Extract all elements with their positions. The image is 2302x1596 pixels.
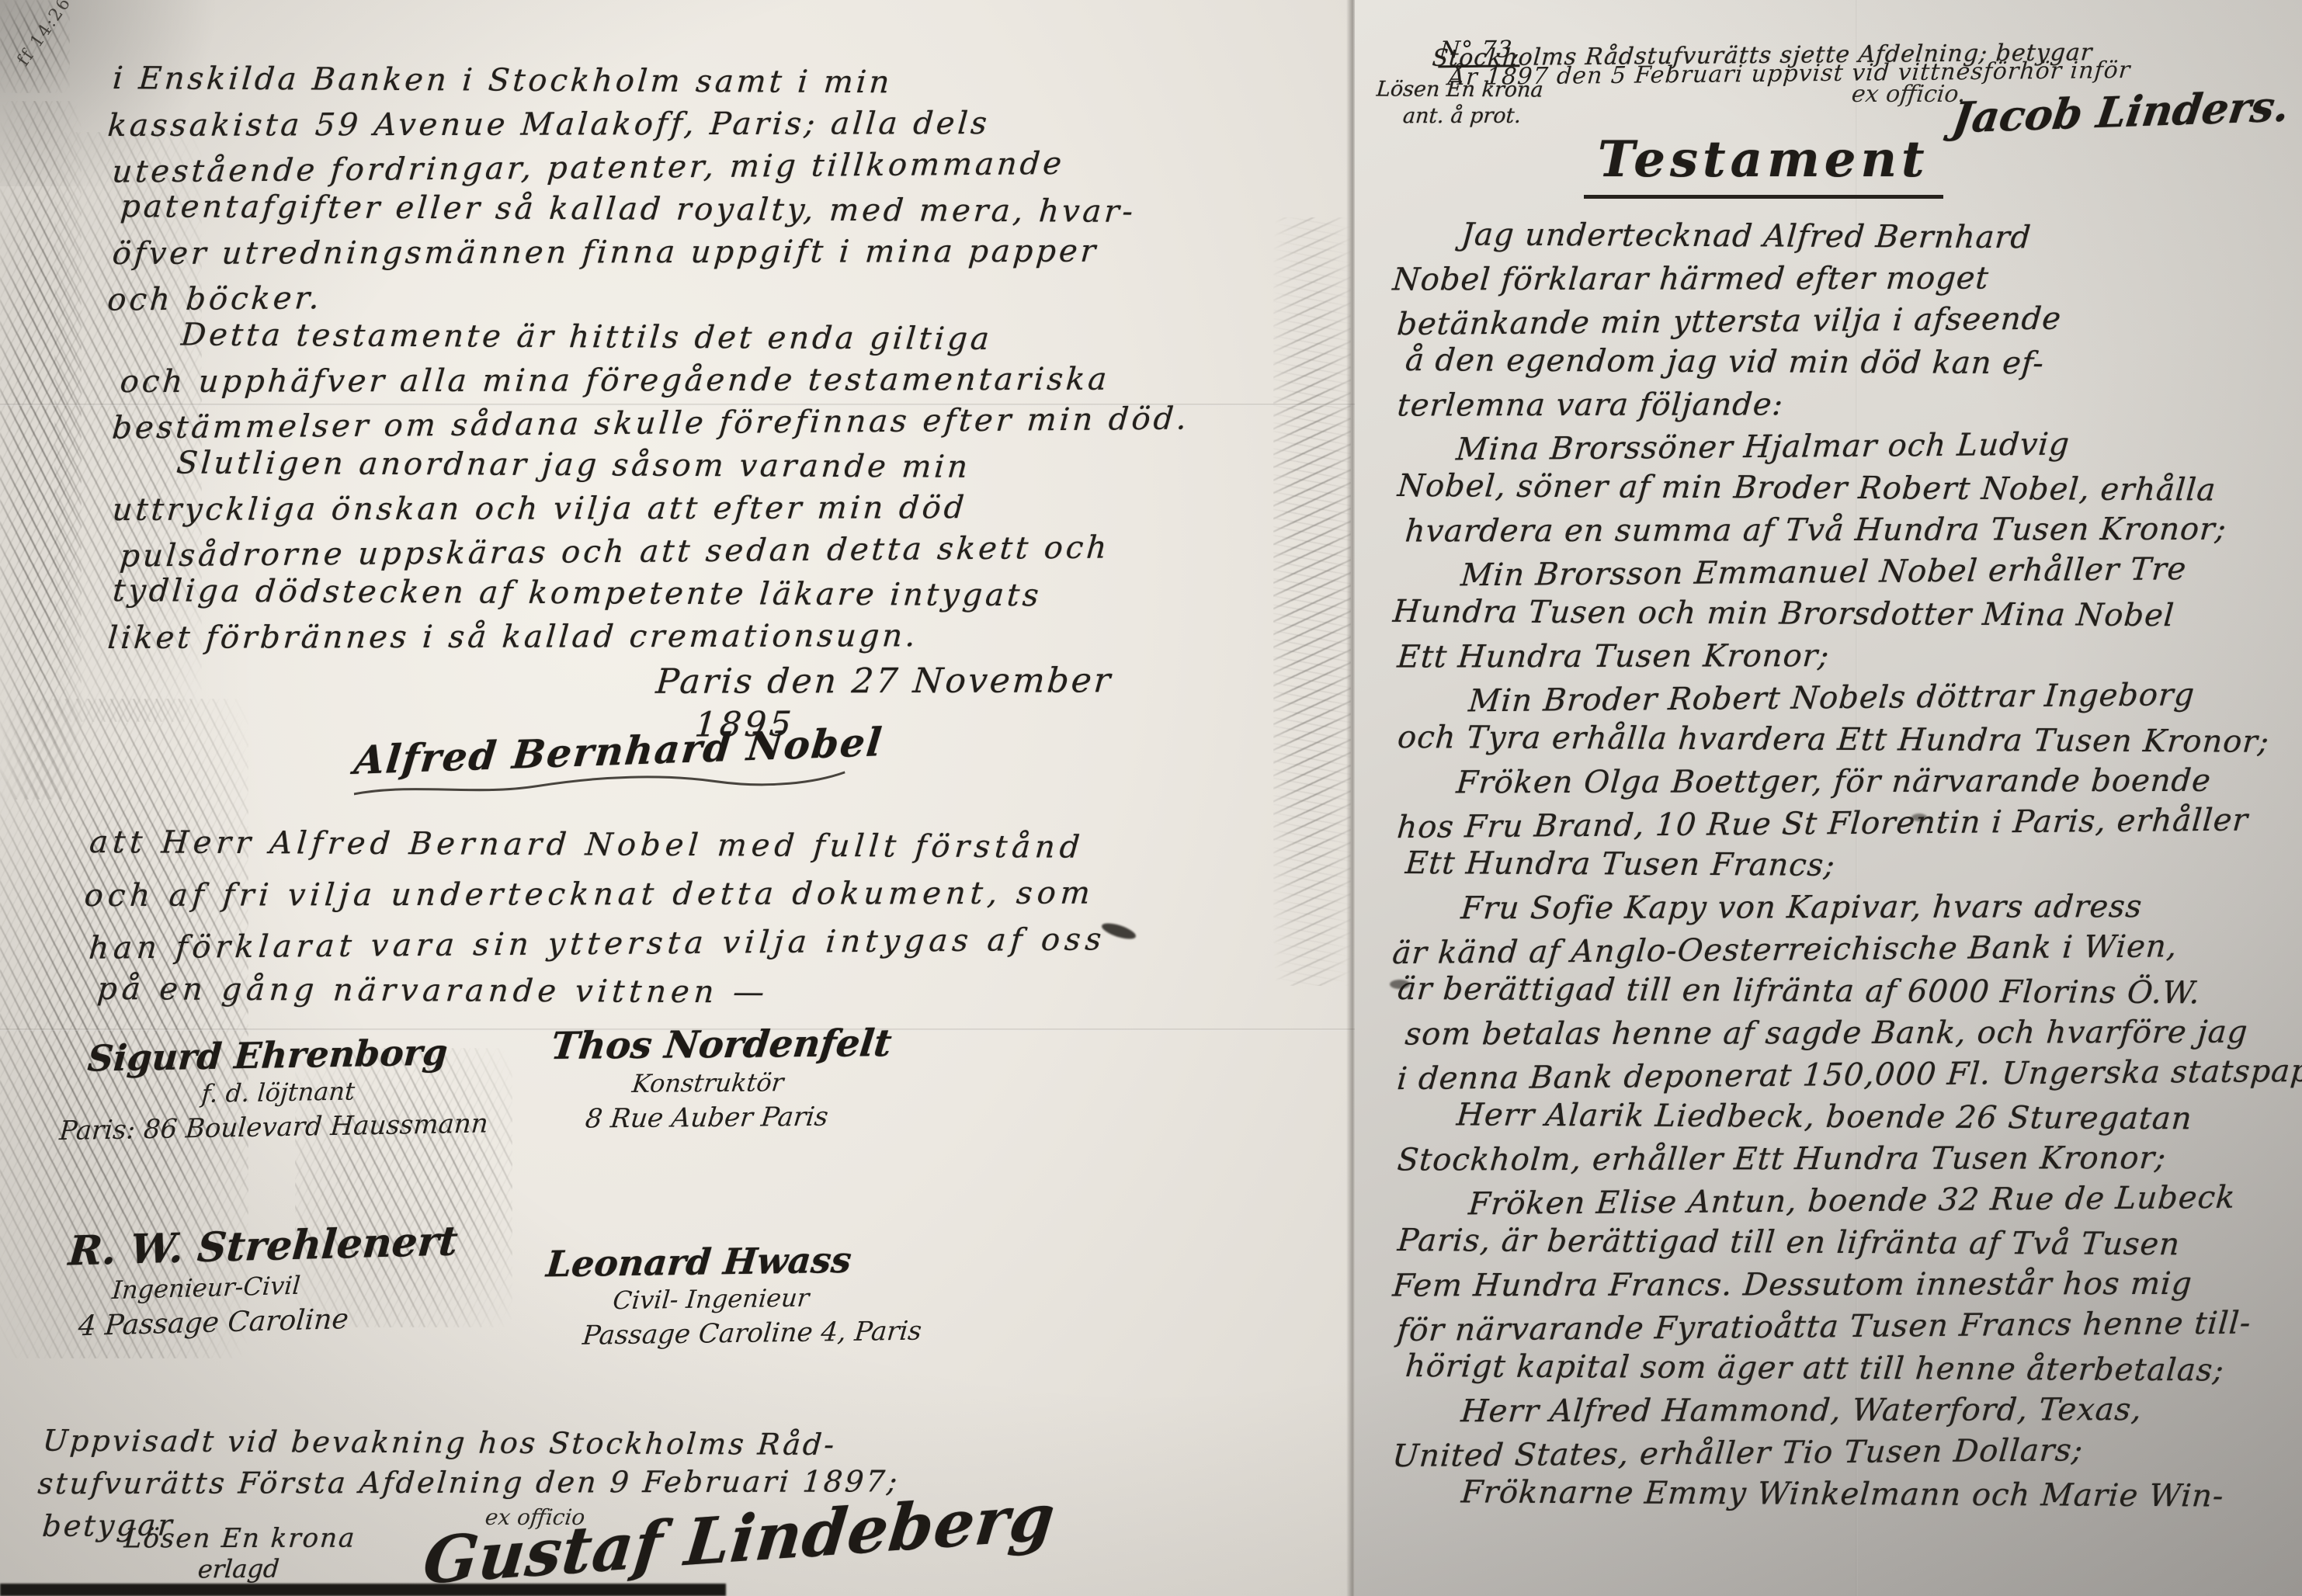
page-title: Testament xyxy=(1584,130,1943,199)
handwriting-line: Hundra Tusen och min Brorsdotter Mina No… xyxy=(1391,591,2302,637)
witness-block-ehrenborg: Sigurd Ehrenborg f. d. löjtnant Paris: 8… xyxy=(82,1030,495,1146)
handwriting-line: Fem Hundra Francs. Dessutom innestår hos… xyxy=(1391,1262,2302,1306)
witness-name: Leonard Hwass xyxy=(544,1237,929,1285)
handwriting-line: att Herr Alfred Bernard Nobel med fullt … xyxy=(88,818,1286,873)
handwriting-line: stufvurätts Första Afdelning den 9 Febru… xyxy=(36,1462,743,1504)
witness-name: Sigurd Ehrenborg xyxy=(86,1030,495,1079)
handwriting-line: liket förbrännes i så kallad cremationsu… xyxy=(106,614,1294,660)
handwriting-line: Fröknarne Emmy Winkelmann och Marie Win- xyxy=(1396,1471,2302,1518)
handwriting-line: Herr Alarik Liedbeck, boende 26 Sturegat… xyxy=(1391,1094,2302,1140)
handwriting-line: Fröken Olga Boettger, för närvarande boe… xyxy=(1391,759,2302,803)
handwriting-line: Stockholm, erhåller Ett Hundra Tusen Kro… xyxy=(1396,1136,2302,1181)
witness-address: 8 Rue Auber Paris xyxy=(584,1101,885,1134)
witness-title: Konstruktör xyxy=(630,1067,888,1098)
photo-bottom-edge xyxy=(0,1584,726,1596)
handwriting-line: terlemna vara följande: xyxy=(1396,382,2302,426)
left-page: ff 14:26 i Enskilda Banken i Stockholm s… xyxy=(0,0,1355,1596)
fee-note-line1: Lösen En krona xyxy=(1376,77,1544,102)
probate-fee-line2: erlagd xyxy=(196,1554,280,1584)
handwriting-line: Fröken Elise Antun, boende 32 Rue de Lub… xyxy=(1403,1176,2302,1226)
handwriting-line: patentafgifter eller så kallad royalty, … xyxy=(119,186,1294,234)
handwriting-line: United States, erhåller Tio Tusen Dollar… xyxy=(1391,1428,2302,1477)
left-body-text: i Enskilda Banken i Stockholm samt i min… xyxy=(113,61,1293,658)
witness-block-hwass: Leonard Hwass Civil- Ingenieur Passage C… xyxy=(539,1237,930,1351)
handwriting-line: som betalas henne af sagde Bank, och hva… xyxy=(1404,1011,2302,1055)
handwriting-line: Paris, är berättigad till en lifränta af… xyxy=(1396,1220,2302,1266)
handwriting-line: Mina Brorssöner Hjalmar och Ludvig xyxy=(1391,422,2302,471)
ink-blot-3 xyxy=(1911,814,1927,821)
handwriting-line: hörigt kapital som äger att till henne å… xyxy=(1404,1345,2302,1392)
handwriting-line: är berättigad till en lifränta af 6000 F… xyxy=(1396,968,2302,1015)
handwriting-line: för närvarande Fyratioåtta Tusen Francs … xyxy=(1395,1302,2302,1351)
handwriting-line: Herr Alfred Hammond, Waterford, Texas, xyxy=(1396,1388,2302,1432)
handwriting-line: och Tyra erhålla hvardera Ett Hundra Tus… xyxy=(1396,716,2302,763)
handwriting-line: Detta testamente är hittils det enda gil… xyxy=(111,314,1294,363)
right-page: N° 73, År 1897 den 5 Februari uppvist vi… xyxy=(1355,0,2302,1596)
witness-title: Civil- Ingenieur xyxy=(612,1282,926,1316)
handwriting-line: Nobel förklarar härmed efter moget xyxy=(1391,256,2302,300)
handwriting-line: är känd af Anglo-Oesterreichische Bank i… xyxy=(1391,925,2302,974)
handwriting-line: Nobel, söner af min Broder Robert Nobel,… xyxy=(1396,465,2302,512)
witness-name: R. W. Strehlenert xyxy=(67,1217,460,1275)
handwriting-line: tydliga dödstecken af kompetente läkare … xyxy=(111,570,1294,619)
witness-name: Thos Nordenfelt xyxy=(549,1022,894,1068)
handwriting-line: hvardera en summa af Två Hundra Tusen Kr… xyxy=(1404,508,2302,552)
handwriting-line: Ett Hundra Tusen Kronor; xyxy=(1396,633,2302,678)
witness-address: Passage Caroline 4, Paris xyxy=(582,1316,923,1351)
handwriting-line: Slutligen anordnar jag såsom varande min xyxy=(106,442,1294,491)
witness-address: 4 Passage Caroline xyxy=(77,1301,453,1343)
handwriting-line: uttryckliga önskan och vilja att efter m… xyxy=(111,486,1294,532)
handwriting-line: betänkande min yttersta vilja i afseende xyxy=(1395,296,2302,345)
handwriting-line: å den egendom jag vid min död kan ef- xyxy=(1404,339,2302,386)
handwriting-line: och upphäfver alla mina föregående testa… xyxy=(119,358,1294,404)
handwriting-line: kassakista 59 Avenue Malakoff, Paris; al… xyxy=(106,102,1294,147)
fee-note-line2: ant. å prot. xyxy=(1402,104,1522,128)
ex-officio-note: ex officio. xyxy=(1850,81,1967,108)
handwriting-line: Jag undertecknad Alfred Bernhard xyxy=(1396,213,2302,260)
handwriting-line: i Enskilda Banken i Stockholm samt i min xyxy=(111,57,1294,106)
handwriting-line: öfver utredningsmännen finna uppgift i m… xyxy=(111,230,1294,276)
handwriting-line: Uppvisadt vid bevakning hos Stockholms R… xyxy=(41,1421,743,1465)
right-body-text: Jag undertecknad Alfred BernhardNobel fö… xyxy=(1398,216,2302,1515)
document-photo: ff 14:26 i Enskilda Banken i Stockholm s… xyxy=(0,0,2302,1596)
witness-title: f. d. löjtnant xyxy=(200,1074,491,1109)
handwriting-line: hos Fru Brand, 10 Rue St Florentin i Par… xyxy=(1395,799,2302,848)
handwriting-line: och af fri vilja undertecknat detta doku… xyxy=(82,869,1286,921)
handwriting-line: i denna Bank deponerat 150,000 Fl. Unger… xyxy=(1395,1050,2302,1100)
dateline: Paris den 27 November xyxy=(654,661,1114,702)
handwriting-line: Min Broder Robert Nobels döttrar Ingebor… xyxy=(1403,673,2302,723)
handwriting-line: på en gång närvarande vittnen — xyxy=(95,965,1286,1020)
handwriting-line: Fru Sofie Kapy von Kapivar, hvars adress xyxy=(1396,885,2302,929)
attestation-text: att Herr Alfred Bernard Nobel med fullt … xyxy=(89,821,1285,1017)
registration-line-2: Stockholms Rådstufvurätts sjette Afdelni… xyxy=(1431,39,2093,71)
witness-block-strehlenert: R. W. Strehlenert Ingenieur-Civil 4 Pass… xyxy=(61,1217,459,1342)
probate-fee-line1: Lösen En krona xyxy=(123,1523,356,1555)
testament-heading-wrap: Testament xyxy=(1584,130,1943,189)
handwriting-line: Ett Hundra Tusen Francs; xyxy=(1404,842,2302,889)
handwriting-line: Min Brorsson Emmanuel Nobel erhåller Tre xyxy=(1395,547,2302,597)
ink-blot-2 xyxy=(1390,980,1410,989)
witness-block-nordenfelt: Thos Nordenfelt Konstruktör 8 Rue Auber … xyxy=(541,1022,894,1135)
testator-signature-block: Alfred Bernhard Nobel xyxy=(350,719,885,803)
